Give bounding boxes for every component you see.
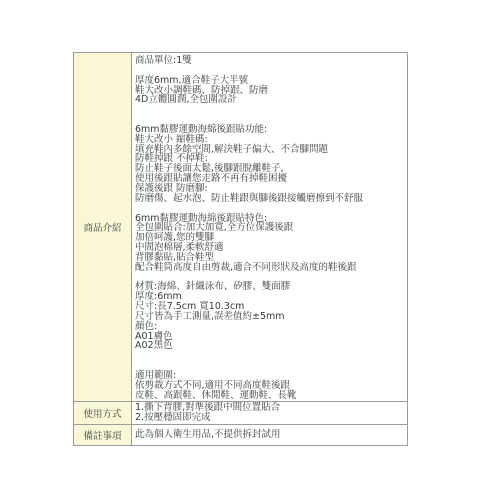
row-label-remarks: 備註事項 — [74, 424, 132, 445]
row-label-product-intro: 商品介紹 — [74, 53, 132, 402]
product-info-table: 商品介紹 商品單位:1雙 厚度6mm,適合鞋子大半號 鞋大改小調鞋碼、防掉跟、防… — [73, 52, 408, 446]
table-row-usage: 使用方式 1.撕下背膠,對準後跟中間位置貼合 2.按壓穩固即完成 — [74, 401, 408, 424]
cell-usage-text: 1.撕下背膠,對準後跟中間位置貼合 2.按壓穩固即完成 — [132, 401, 408, 424]
row-label-usage: 使用方式 — [74, 401, 132, 424]
cell-remarks-text: 此為個人衛生用品,不提供拆封試用 — [132, 424, 408, 445]
page-canvas: 商品介紹 商品單位:1雙 厚度6mm,適合鞋子大半號 鞋大改小調鞋碼、防掉跟、防… — [0, 0, 480, 480]
table-row-remarks: 備註事項 此為個人衛生用品,不提供拆封試用 — [74, 424, 408, 445]
cell-product-intro-text: 商品單位:1雙 厚度6mm,適合鞋子大半號 鞋大改小調鞋碼、防掉跟、防磨 4D立… — [132, 53, 408, 402]
table-row-product-intro: 商品介紹 商品單位:1雙 厚度6mm,適合鞋子大半號 鞋大改小調鞋碼、防掉跟、防… — [74, 53, 408, 402]
